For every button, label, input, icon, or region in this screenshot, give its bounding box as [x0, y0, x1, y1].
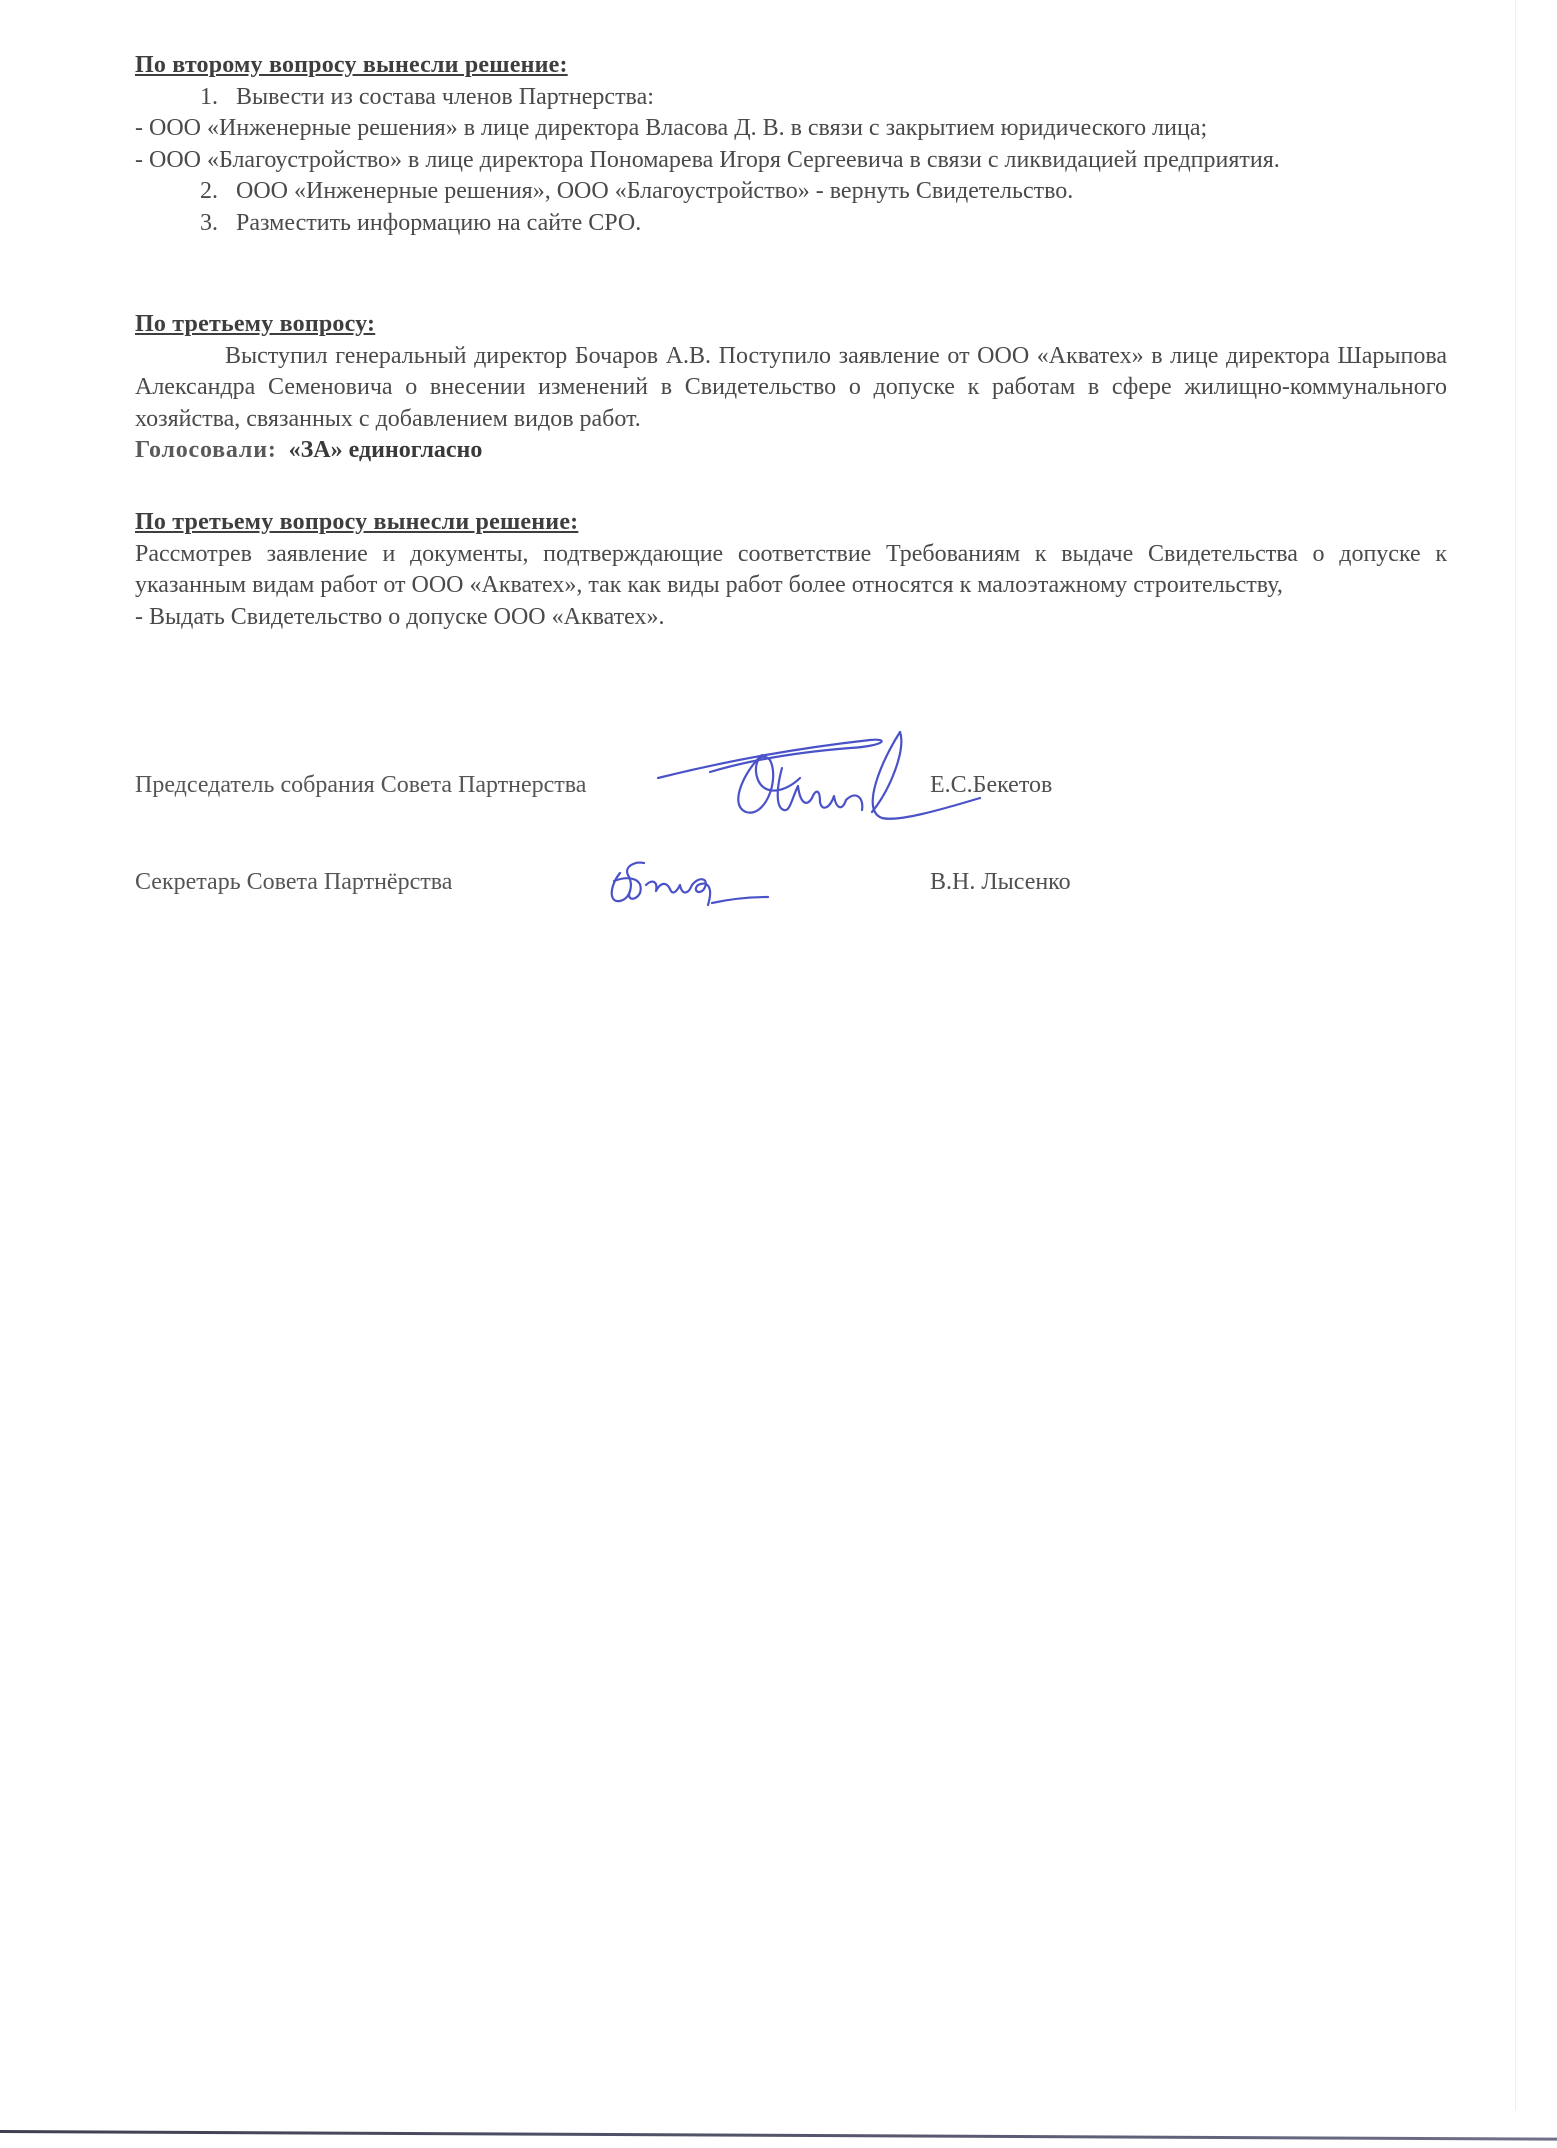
paragraph: Выступил генеральный директор Бочаров А.… — [135, 341, 1447, 436]
secretary-name: В.Н. Лысенко — [930, 867, 1071, 897]
document-page: По второму вопросу вынесли решение: 1. В… — [0, 0, 1557, 2148]
list-item: 2. ООО «Инженерные решения», ООО «Благоу… — [135, 176, 1447, 208]
scan-page-edge — [1515, 0, 1516, 2110]
list-item: 3. Разместить информацию на сайте СРО. — [135, 208, 1447, 240]
item-text: Разместить информацию на сайте СРО. — [236, 210, 641, 236]
secretary-signature-icon — [600, 845, 780, 915]
bullet-item: - ООО «Инженерные решения» в лице директ… — [135, 113, 1447, 145]
scan-bottom-edge — [0, 2130, 1557, 2141]
vote-result: Голосовали: «ЗА» единогласно — [135, 435, 1447, 467]
bullet-item: - ООО «Благоустройство» в лице директора… — [135, 145, 1447, 177]
section-heading: По второму вопросу вынесли решение: — [135, 50, 1447, 82]
chairman-name: Е.С.Бекетов — [930, 770, 1052, 800]
vote-value: «ЗА» единогласно — [289, 437, 483, 463]
section-third-decision: По третьему вопросу вынесли решение: Рас… — [135, 507, 1447, 633]
item-number: 2. — [200, 176, 230, 208]
item-text: Вывести из состава членов Партнерства: — [236, 84, 654, 110]
item-number: 3. — [200, 208, 230, 240]
section-second-decision: По второму вопросу вынесли решение: 1. В… — [135, 50, 1447, 239]
secretary-title: Секретарь Совета Партнёрства — [135, 867, 452, 897]
section-third-question: По третьему вопросу: Выступил генеральны… — [135, 309, 1447, 467]
section-heading: По третьему вопросу: — [135, 309, 1447, 341]
chairman-title: Председатель собрания Совета Партнерства — [135, 770, 586, 800]
item-number: 1. — [200, 82, 230, 114]
item-text: ООО «Инженерные решения», ООО «Благоустр… — [236, 178, 1073, 204]
vote-label: Голосовали: — [135, 437, 277, 463]
paragraph: Рассмотрев заявление и документы, подтве… — [135, 539, 1447, 602]
list-item: 1. Вывести из состава членов Партнерства… — [135, 82, 1447, 114]
bullet-item: - Выдать Свидетельство о допуске ООО «Ак… — [135, 602, 1447, 634]
section-heading: По третьему вопросу вынесли решение: — [135, 507, 1447, 539]
